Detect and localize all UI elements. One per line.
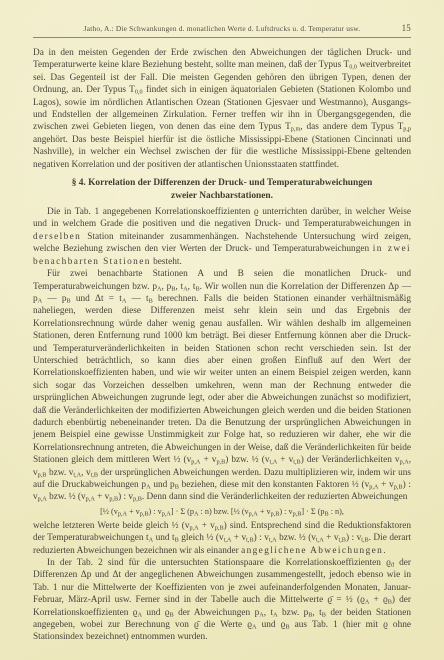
reduction-formula: [½ (vp,A + vp,B) : vp,A] · Σ (pA : n) bz… <box>33 506 411 518</box>
running-header-title: Jatho, A.: Die Schwankungen d. monatlich… <box>84 24 361 33</box>
section-heading-line1: § 4. Korrelation der Differenzen der Dru… <box>72 178 373 188</box>
paragraph-reduction-factors: welche letzteren Werte beide gleich ½ (v… <box>33 520 411 557</box>
paragraph-intro: Da in den meisten Gegenden der Erde zwis… <box>33 47 411 171</box>
paragraph-correlation-intro: Die in Tab. 1 angegebenen Korrelationsko… <box>33 206 411 268</box>
page-number: 15 <box>402 23 411 33</box>
paragraph-stations-method: Für zwei benachbarte Stationen A und B s… <box>33 268 411 504</box>
paragraph-table2: In der Tab. 2 sind für die untersuchten … <box>33 557 411 644</box>
section-heading-line2: zweier Nachbarstationen. <box>171 191 273 201</box>
section-heading: § 4. Korrelation der Differenzen der Dru… <box>33 177 411 202</box>
running-header: Jatho, A.: Die Schwankungen d. monatlich… <box>33 24 411 33</box>
scanned-paper-page: Jatho, A.: Die Schwankungen d. monatlich… <box>0 0 444 660</box>
header-rule <box>33 37 411 38</box>
